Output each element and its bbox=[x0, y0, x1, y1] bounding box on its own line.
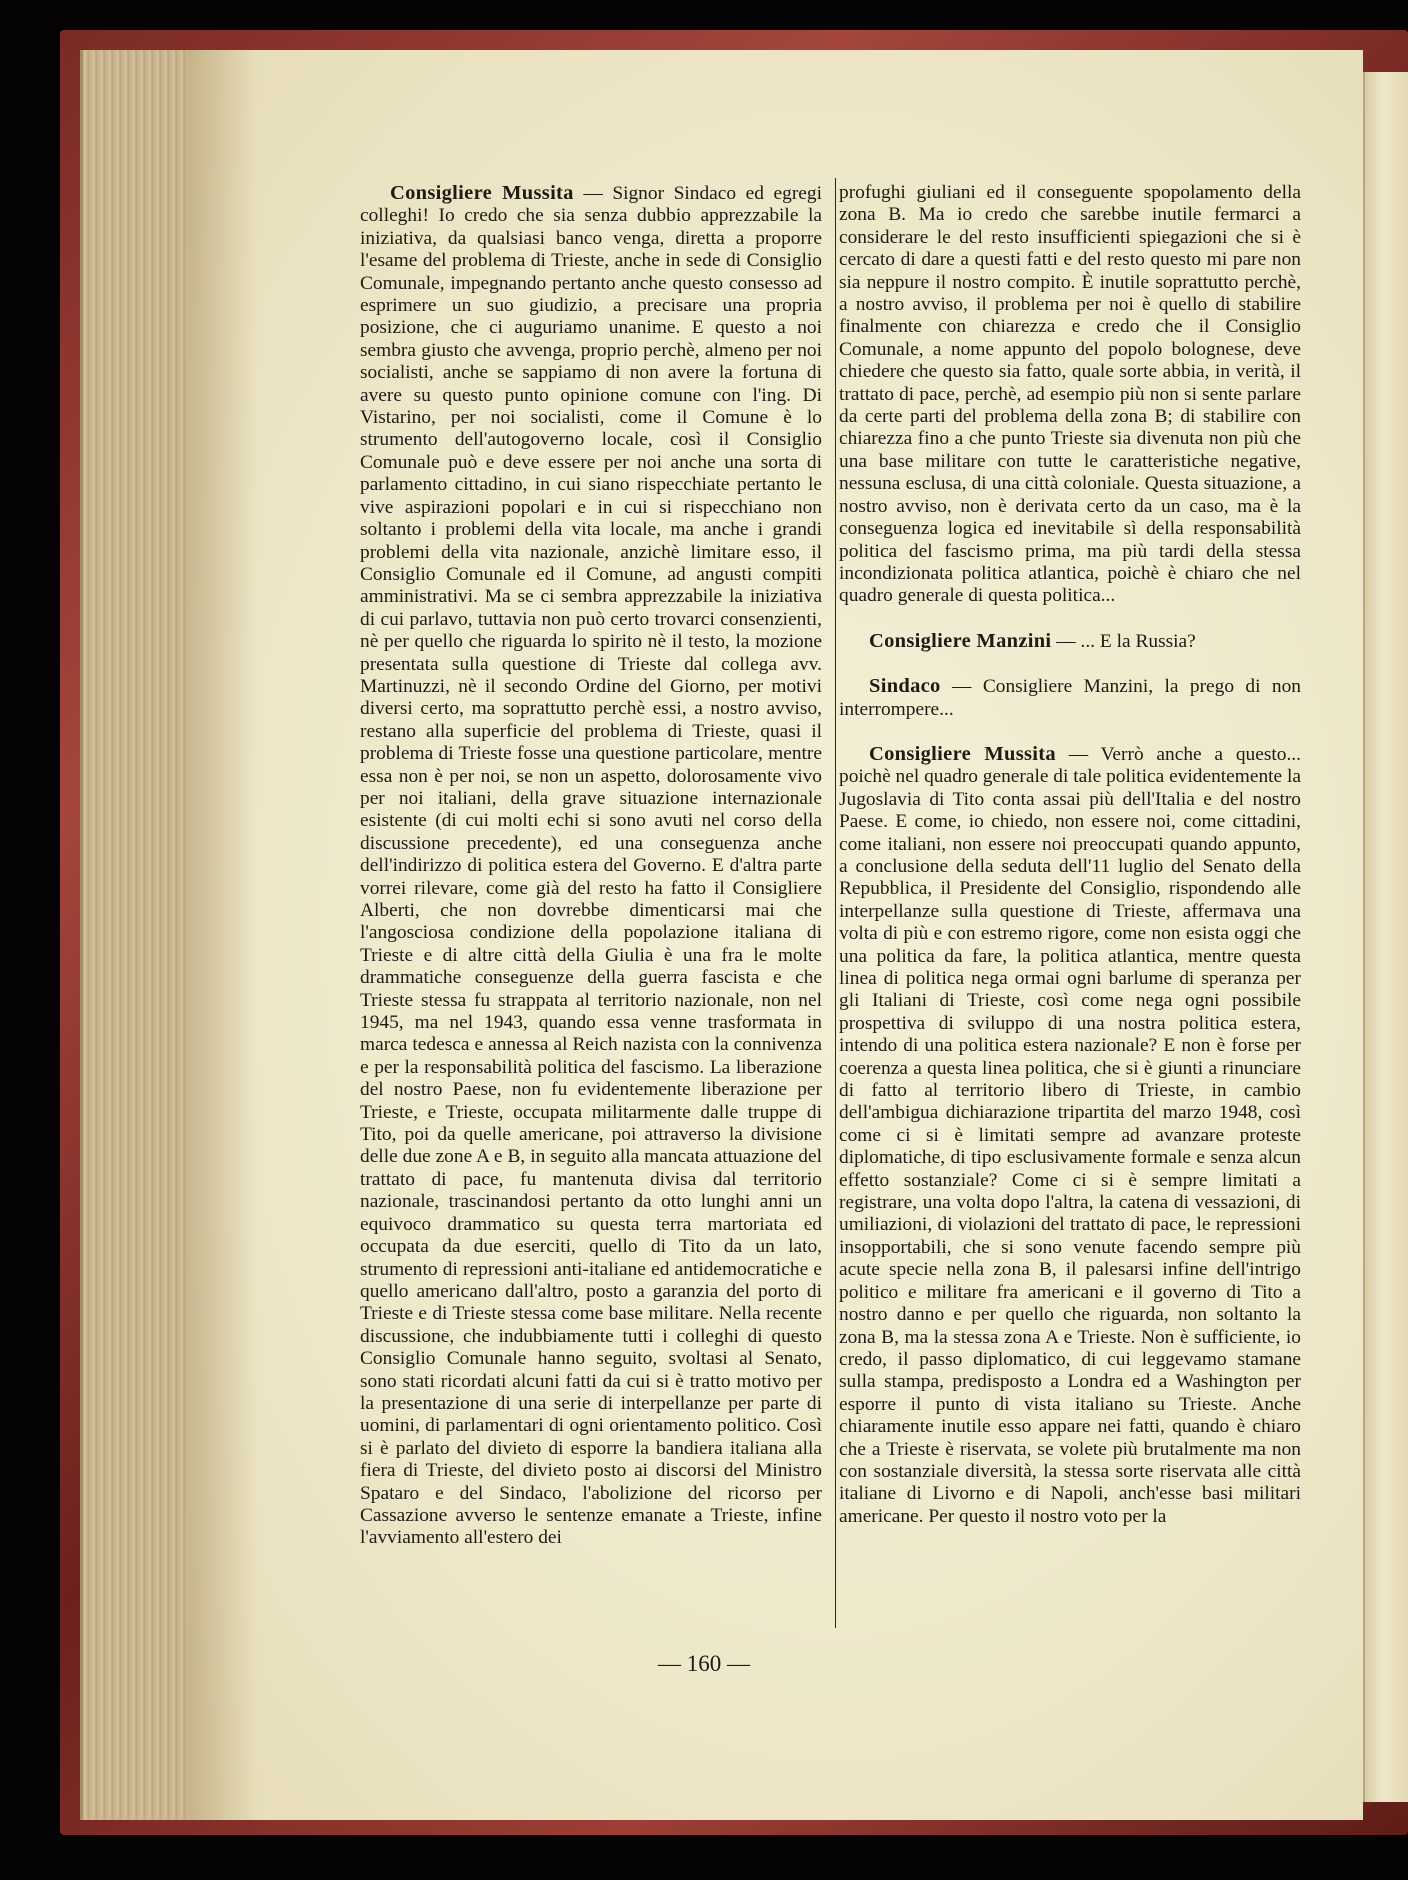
paragraph-text: Signor Sindaco ed egregi colleghi! Io cr… bbox=[360, 183, 822, 1548]
facing-page-edge bbox=[1363, 72, 1408, 1802]
speaker-separator: — bbox=[1051, 631, 1080, 652]
speaker-name: Consigliere Mussita bbox=[390, 182, 574, 204]
paragraph-manzini: Consigliere Manzini — ... E la Russia? bbox=[839, 630, 1301, 653]
page-edges-left bbox=[80, 50, 193, 1820]
text-column-left: Consigliere Mussita — Signor Sindaco ed … bbox=[360, 182, 822, 1550]
speaker-separator: — bbox=[1056, 744, 1101, 765]
speaker-separator: — bbox=[941, 676, 983, 697]
page-number: — 160 — bbox=[0, 1651, 1408, 1677]
speaker-name: Consigliere Manzini bbox=[869, 630, 1051, 652]
speaker-name: Consigliere Mussita bbox=[869, 743, 1056, 765]
paragraph-sindaco: Sindaco — Consigliere Manzini, la prego … bbox=[839, 675, 1301, 721]
paragraph-continuation: profughi giuliani ed il conseguente spop… bbox=[839, 182, 1301, 608]
speaker-separator: — bbox=[574, 183, 613, 204]
speaker-name: Sindaco bbox=[869, 675, 941, 697]
paragraph-text: ... E la Russia? bbox=[1081, 631, 1196, 652]
paragraph-text: profughi giuliani ed il conseguente spop… bbox=[839, 182, 1301, 606]
paragraph-mussita-1: Consigliere Mussita — Signor Sindaco ed … bbox=[360, 182, 822, 1550]
text-column-right: profughi giuliani ed il conseguente spop… bbox=[839, 182, 1301, 1528]
column-divider bbox=[835, 178, 836, 1628]
paragraph-text: Verrò anche a questo... poichè nel quadr… bbox=[839, 744, 1301, 1527]
paragraph-mussita-2: Consigliere Mussita — Verrò anche a ques… bbox=[839, 743, 1301, 1528]
